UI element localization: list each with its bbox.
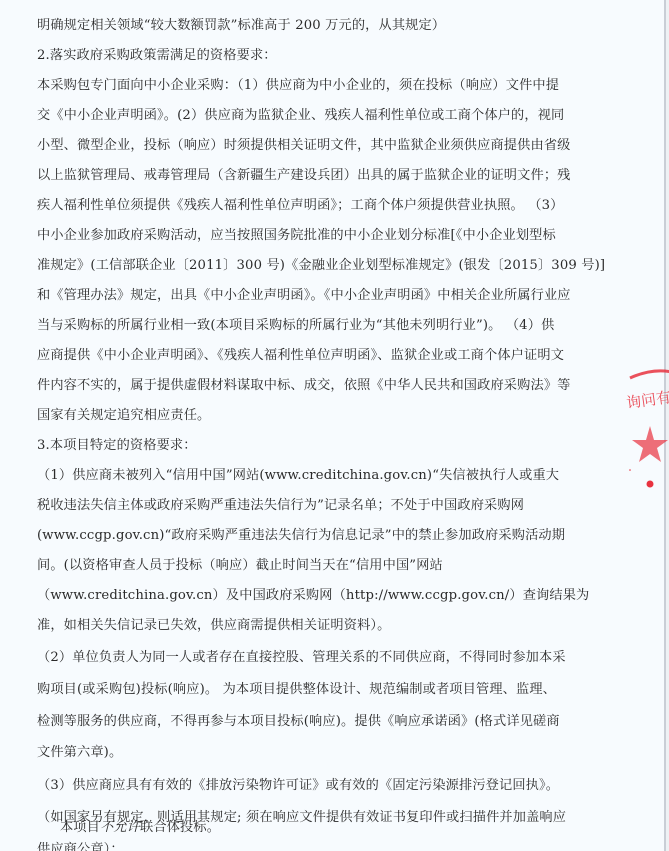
text-line: 检测等服务的供应商，不得再参与本项目投标(响应)。提供《响应承诺函》(格式详见磋…	[37, 714, 560, 730]
text-line: 和《管理办法》规定，出具《中小企业声明函》。《中小企业声明函》中相关企业所属行业…	[37, 288, 571, 304]
official-seal-stamp: 询问有限	[612, 360, 669, 500]
text-line: 应商提供《中小企业声明函》、《残疾人福利性单位声明函》、监狱企业或工商个体户证明…	[37, 348, 564, 364]
text-line: （1）供应商未被列入“信用中国”网站(www.creditchina.gov.c…	[37, 468, 559, 484]
text-line: 国家有关规定追究相应责任。	[37, 408, 210, 424]
text-line: 文件第六章)。	[37, 745, 122, 761]
text-line: 交《中小企业声明函》。(2）供应商为监狱企业、残疾人福利性单位或工商个体户的，视…	[37, 108, 564, 124]
document-page: 明确规定相关领域“较大数额罚款”标准高于 200 万元的，从其规定） 2.落实政…	[0, 0, 665, 851]
closing-prefix: 本项目	[60, 820, 100, 835]
text-line: 本采购包专门面向中小企业采购：（1）供应商为中小企业的，须在投标（响应）文件中提	[37, 78, 559, 94]
text-line: 件内容不实的，属于提供虚假材料谋取中标、成交，依照《中华人民共和国政府采购法》等	[37, 378, 571, 394]
text-line: (www.ccgp.gov.cn)“政府采购严重违法失信行为信息记录”中的禁止参…	[37, 528, 565, 544]
text-line: 税收违法失信主体或政府采购严重违法失信行为”记录名单；不处于中国政府采购网	[37, 498, 524, 514]
text-line: 准规定》(工信部联企业〔2011〕300 号)《金融业企业划型标准规定》(银发〔…	[37, 258, 605, 274]
text-line: 供应商公章）；	[37, 842, 124, 851]
text-line: 当与采购标的所属行业相一致(本项目采购标的所属行业为“其他未列明行业”)。 （4…	[37, 318, 554, 334]
section-heading-2: 2.落实政府采购政策需满足的资格要求：	[37, 48, 277, 64]
seal-icon: 询问有限	[612, 360, 669, 500]
section-heading-3: 3.本项目特定的资格要求：	[37, 438, 197, 454]
closing-emphasis: 不允许	[100, 820, 140, 835]
text-line: 购项目(或采购包)投标(响应)。 为本项目提供整体设计、规范编制或者项目管理、监…	[37, 682, 556, 698]
text-line: 疾人福利性单位须提供《残疾人福利性单位声明函》；工商个体户须提供营业执照。 （3…	[37, 198, 563, 214]
text-line: 以上监狱管理局、戒毒管理局（含新疆生产建设兵团）出具的属于监狱企业的证明文件；残	[37, 168, 571, 184]
svg-text:询问有限: 询问有限	[625, 386, 669, 412]
closing-suffix: 联合体投标。	[140, 820, 220, 835]
text-line: 间。(以资格审查人员于投标（响应）截止时间当天在“信用中国”网站	[37, 558, 443, 574]
text-line: 中小企业参加政府采购活动，应当按照国务院批准的中小企业划分标准[《中小企业划型标	[37, 228, 556, 244]
text-line: 明确规定相关领域“较大数额罚款”标准高于 200 万元的，从其规定）	[37, 18, 445, 34]
text-line: （2）单位负责人为同一人或者存在直接控股、管理关系的不同供应商，不得同时参加本采	[37, 650, 566, 666]
text-line: 准，如相关失信记录已失效，供应商需提供相关证明资料）。	[37, 618, 391, 634]
text-line: 小型、微型企业，投标（响应）时须提供相关证明文件，其中监狱企业须供应商提供由省级	[37, 138, 571, 154]
text-line: （3）供应商应具有有效的《排放污染物许可证》或有效的《固定污染源排污登记回执》。	[37, 778, 559, 794]
joint-bid-statement: 本项目不允许联合体投标。	[60, 820, 220, 836]
text-line: （www.creditchina.gov.cn）及中国政府采购网（http://…	[37, 588, 589, 604]
